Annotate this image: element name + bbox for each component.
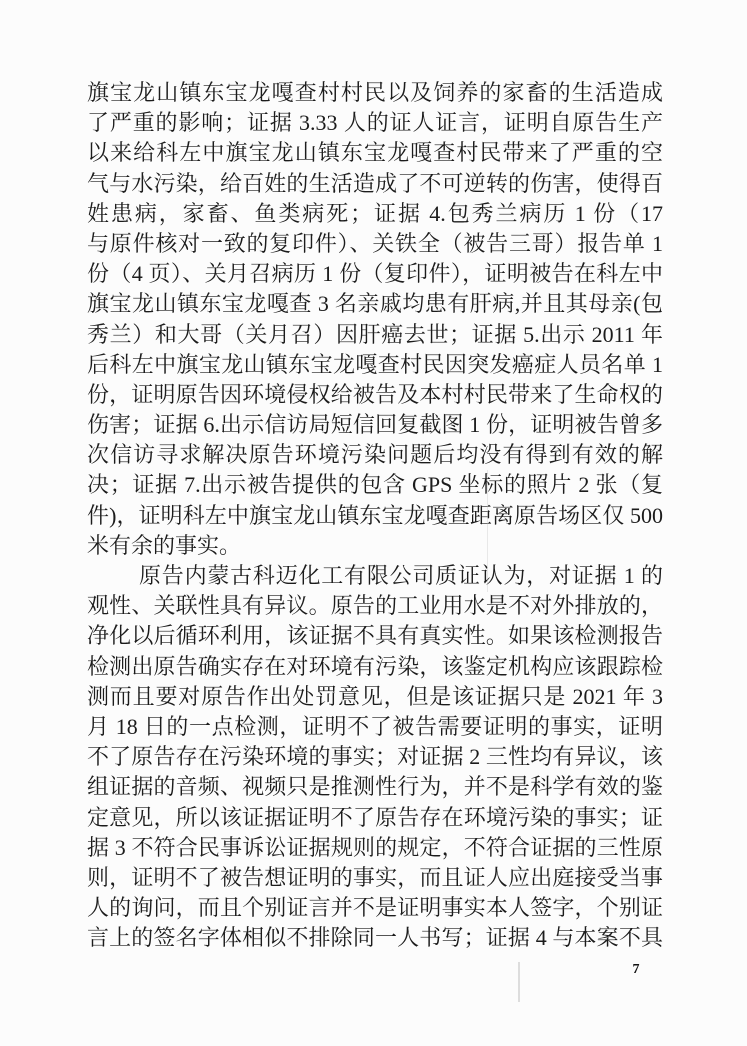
text-line: 件)，证明科左中旗宝龙山镇东宝龙嘎查距离原告场区仅 500 [87, 501, 663, 531]
text-line: 不了原告存在污染环境的事实；对证据 2 三性均有异议，该 [87, 742, 663, 772]
text-line: 月 18 日的一点检测，证明不了被告需要证明的事实，证明 [87, 712, 663, 742]
text-line: 定意见，所以该证据证明不了原告存在环境污染的事实；证 [87, 803, 663, 833]
text-line: 姓患病，家畜、鱼类病死；证据 4.包秀兰病历 1 份（17 页、 [87, 199, 663, 229]
scan-artifact-line [487, 470, 488, 592]
text-line: 决；证据 7.出示被告提供的包含 GPS 坐标的照片 2 张（复印 [87, 470, 663, 500]
text-line: 则，证明不了被告想证明的事实，而且证人应出庭接受当事 [87, 863, 663, 893]
text-line: 气与水污染，给百姓的生活造成了不可逆转的伤害，使得百 [87, 169, 663, 199]
text-line: 据 3 不符合民事诉讼证据规则的规定，不符合证据的三性原 [87, 833, 663, 863]
text-line-paragraph-start: 原告内蒙古科迈化工有限公司质证认为，对证据 1 的客 [87, 561, 663, 591]
text-line: 旗宝龙山镇东宝龙嘎查村村民以及饲养的家畜的生活造成 [87, 78, 663, 108]
scanned-document-page: 旗宝龙山镇东宝龙嘎查村村民以及饲养的家畜的生活造成 了严重的影响；证据 3.33… [0, 0, 747, 1046]
text-line: 秀兰）和大哥（关月召）因肝癌去世；证据 5.出示 2011 年 [87, 320, 663, 350]
text-line: 旗宝龙山镇东宝龙嘎查 3 名亲戚均患有肝病,并且其母亲(包 [87, 289, 663, 319]
text-line: 份，证明原告因环境侵权给被告及本村村民带来了生命权的 [87, 380, 663, 410]
text-line: 次信访寻求解决原告环境污染问题后均没有得到有效的解 [87, 440, 663, 470]
text-line: 检测出原告确实存在对环境有污染，该鉴定机构应该跟踪检 [87, 652, 663, 682]
text-line: 净化以后循环利用，该证据不具有真实性。如果该检测报告 [87, 621, 663, 651]
text-line-paragraph-end: 米有余的事实。 [87, 531, 663, 561]
text-line: 人的询问，而且个别证言并不是证明事实本人签字，个别证 [87, 893, 663, 923]
text-line: 组证据的音频、视频只是推测性行为，并不是科学有效的鉴 [87, 772, 663, 802]
text-line: 后科左中旗宝龙山镇东宝龙嘎查村民因突发癌症人员名单 1 [87, 350, 663, 380]
text-line: 伤害；证据 6.出示信访局短信回复截图 1 份，证明被告曾多 [87, 410, 663, 440]
text-line: 言上的签名字体相似不排除同一人书写；证据 4 与本案不具 [87, 923, 663, 953]
text-line: 份（4 页）、关月召病历 1 份（复印件），证明被告在科左中 [87, 259, 663, 289]
text-line: 以来给科左中旗宝龙山镇东宝龙嘎查村民带来了严重的空 [87, 138, 663, 168]
text-line: 与原件核对一致的复印件）、关铁全（被告三哥）报告单 1 [87, 229, 663, 259]
text-line: 观性、关联性具有异议。原告的工业用水是不对外排放的， [87, 591, 663, 621]
text-line: 测而且要对原告作出处罚意见，但是该证据只是 2021 年 3 [87, 682, 663, 712]
scan-artifact-line [518, 962, 520, 1002]
page-number: 7 [626, 962, 646, 978]
text-line: 了严重的影响；证据 3.33 人的证人证言，证明自原告生产 [87, 108, 663, 138]
document-body-text: 旗宝龙山镇东宝龙嘎查村村民以及饲养的家畜的生活造成 了严重的影响；证据 3.33… [87, 78, 663, 953]
